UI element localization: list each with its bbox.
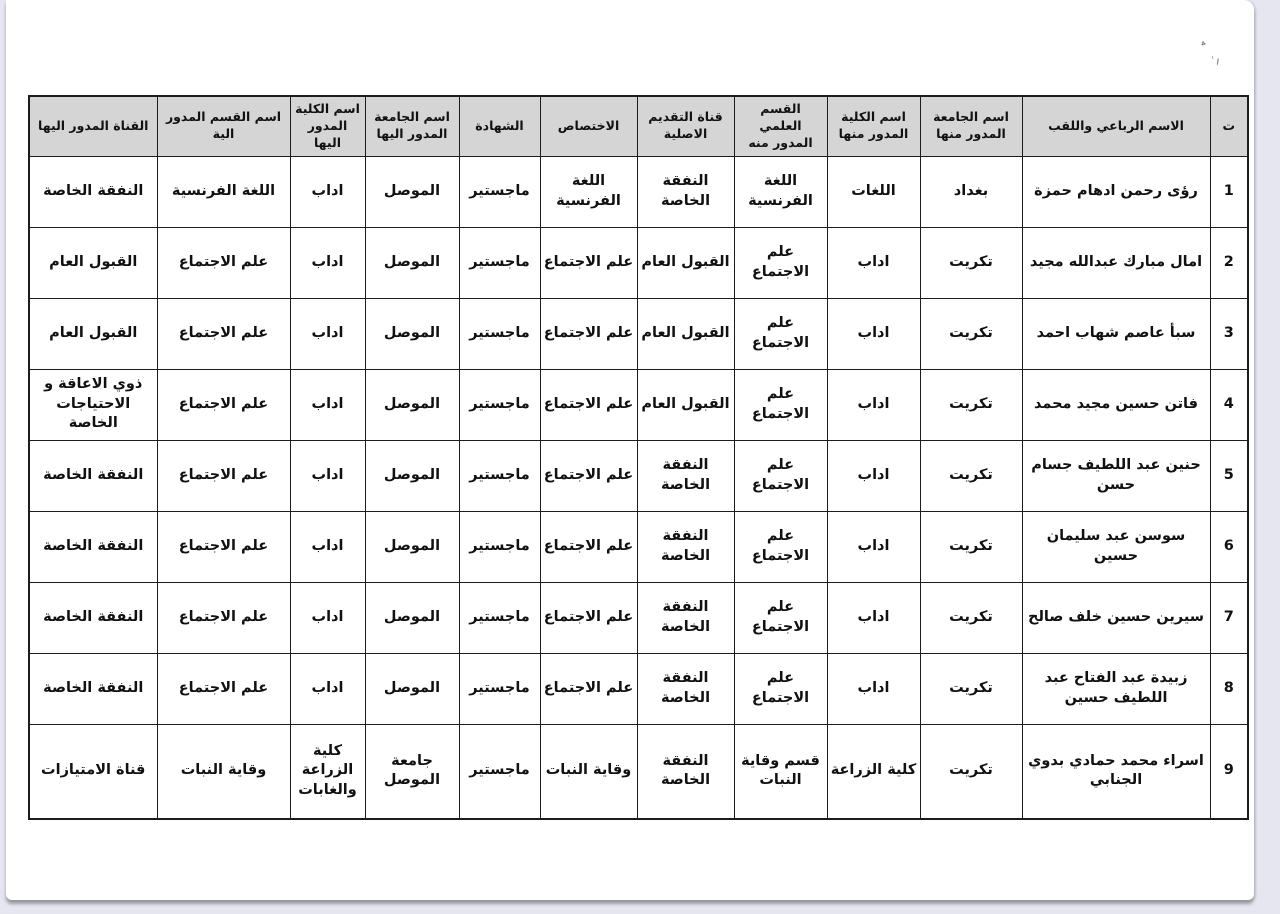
header-row: تالاسم الرباعي واللقباسم الجامعة المدور …: [29, 96, 1248, 156]
pen-mark: ؞: [1199, 39, 1209, 53]
cell-specialization: علم الاجتماع: [540, 369, 637, 440]
cell-college-from: اداب: [827, 653, 920, 724]
cell-department-to: علم الاجتماع: [157, 298, 290, 369]
cell-specialization: علم الاجتماع: [540, 440, 637, 511]
cell-channel-to: النفقة الخاصة: [29, 582, 157, 653]
cell-department-to: علم الاجتماع: [157, 582, 290, 653]
header-cell-full-name: الاسم الرباعي واللقب: [1022, 96, 1210, 156]
cell-original-channel: النفقة الخاصة: [637, 440, 734, 511]
cell-university-from: تكريت: [920, 440, 1022, 511]
cell-university-from: تكريت: [920, 653, 1022, 724]
cell-full-name: امال مبارك عبدالله مجيد: [1022, 227, 1210, 298]
cell-specialization: علم الاجتماع: [540, 511, 637, 582]
cell-original-channel: النفقة الخاصة: [637, 724, 734, 819]
cell-certificate: ماجستير: [459, 298, 540, 369]
cell-channel-to: النفقة الخاصة: [29, 440, 157, 511]
table-body: 1رؤى رحمن ادهام حمزةبغداداللغاتاللغة الف…: [29, 156, 1248, 819]
cell-college-to: اداب: [290, 511, 365, 582]
cell-full-name: سيرين حسين خلف صالح: [1022, 582, 1210, 653]
cell-full-name: رؤى رحمن ادهام حمزة: [1022, 156, 1210, 227]
cell-index: 3: [1210, 298, 1248, 369]
cell-original-channel: القبول العام: [637, 227, 734, 298]
cell-university-from: تكريت: [920, 511, 1022, 582]
cell-department-to: علم الاجتماع: [157, 440, 290, 511]
table-row: 5حنين عبد اللطيف جسام حسنتكريتادابعلم ال…: [29, 440, 1248, 511]
cell-index: 4: [1210, 369, 1248, 440]
cell-college-from: اداب: [827, 369, 920, 440]
cell-college-from: اداب: [827, 582, 920, 653]
cell-department-to: اللغة الفرنسية: [157, 156, 290, 227]
cell-certificate: ماجستير: [459, 724, 540, 819]
pen-mark: ٰ ؍: [1209, 54, 1222, 69]
cell-original-channel: النفقة الخاصة: [637, 582, 734, 653]
cell-certificate: ماجستير: [459, 582, 540, 653]
cell-channel-to: قناة الامتيازات: [29, 724, 157, 819]
cell-index: 6: [1210, 511, 1248, 582]
cell-original-channel: القبول العام: [637, 369, 734, 440]
cell-index: 9: [1210, 724, 1248, 819]
header-cell-college-to: اسم الكلية المدور اليها: [290, 96, 365, 156]
table-row: 1رؤى رحمن ادهام حمزةبغداداللغاتاللغة الف…: [29, 156, 1248, 227]
cell-university-to: الموصل: [365, 653, 459, 724]
cell-university-to: الموصل: [365, 440, 459, 511]
cell-department-from: علم الاجتماع: [734, 582, 827, 653]
scanned-document-page: ؞ ٰ ؍ تالاسم الرباعي واللقباسم الجامعة ا…: [6, 0, 1254, 900]
cell-specialization: علم الاجتماع: [540, 582, 637, 653]
transfer-table: تالاسم الرباعي واللقباسم الجامعة المدور …: [28, 95, 1249, 820]
cell-full-name: فاتن حسين مجيد محمد: [1022, 369, 1210, 440]
header-cell-university-to: اسم الجامعة المدور اليها: [365, 96, 459, 156]
cell-index: 5: [1210, 440, 1248, 511]
cell-department-to: علم الاجتماع: [157, 511, 290, 582]
cell-university-to: الموصل: [365, 511, 459, 582]
header-cell-department-to: اسم القسم المدور الية: [157, 96, 290, 156]
cell-certificate: ماجستير: [459, 227, 540, 298]
cell-certificate: ماجستير: [459, 369, 540, 440]
cell-department-to: علم الاجتماع: [157, 653, 290, 724]
cell-university-to: جامعة الموصل: [365, 724, 459, 819]
cell-university-to: الموصل: [365, 298, 459, 369]
table-header: تالاسم الرباعي واللقباسم الجامعة المدور …: [29, 96, 1248, 156]
cell-university-from: تكريت: [920, 227, 1022, 298]
cell-original-channel: النفقة الخاصة: [637, 156, 734, 227]
cell-full-name: اسراء محمد حمادي بدوي الجنابي: [1022, 724, 1210, 819]
cell-university-from: تكريت: [920, 298, 1022, 369]
cell-department-from: اللغة الفرنسية: [734, 156, 827, 227]
cell-department-to: وقاية النبات: [157, 724, 290, 819]
cell-college-from: اداب: [827, 511, 920, 582]
cell-specialization: اللغة الفرنسية: [540, 156, 637, 227]
cell-index: 1: [1210, 156, 1248, 227]
table-row: 7سيرين حسين خلف صالحتكريتادابعلم الاجتما…: [29, 582, 1248, 653]
cell-full-name: سبأ عاصم شهاب احمد: [1022, 298, 1210, 369]
cell-certificate: ماجستير: [459, 156, 540, 227]
cell-college-to: اداب: [290, 156, 365, 227]
cell-certificate: ماجستير: [459, 653, 540, 724]
cell-university-from: تكريت: [920, 369, 1022, 440]
cell-college-to: اداب: [290, 298, 365, 369]
cell-department-from: علم الاجتماع: [734, 440, 827, 511]
cell-specialization: علم الاجتماع: [540, 298, 637, 369]
cell-department-from: علم الاجتماع: [734, 298, 827, 369]
cell-channel-to: النفقة الخاصة: [29, 156, 157, 227]
cell-original-channel: النفقة الخاصة: [637, 511, 734, 582]
cell-university-from: تكريت: [920, 724, 1022, 819]
cell-department-to: علم الاجتماع: [157, 227, 290, 298]
header-cell-department-from: القسم العلمي المدور منه: [734, 96, 827, 156]
header-cell-certificate: الشهادة: [459, 96, 540, 156]
cell-department-from: قسم وقاية النبات: [734, 724, 827, 819]
cell-channel-to: النفقة الخاصة: [29, 653, 157, 724]
cell-full-name: حنين عبد اللطيف جسام حسن: [1022, 440, 1210, 511]
cell-index: 7: [1210, 582, 1248, 653]
cell-university-to: الموصل: [365, 227, 459, 298]
cell-department-from: علم الاجتماع: [734, 511, 827, 582]
cell-original-channel: القبول العام: [637, 298, 734, 369]
cell-college-from: اداب: [827, 298, 920, 369]
cell-college-from: كلية الزراعة: [827, 724, 920, 819]
cell-certificate: ماجستير: [459, 440, 540, 511]
cell-college-from: اداب: [827, 227, 920, 298]
header-cell-university-from: اسم الجامعة المدور منها: [920, 96, 1022, 156]
header-cell-index: ت: [1210, 96, 1248, 156]
cell-college-to: اداب: [290, 582, 365, 653]
cell-department-to: علم الاجتماع: [157, 369, 290, 440]
cell-index: 8: [1210, 653, 1248, 724]
cell-university-from: تكريت: [920, 582, 1022, 653]
cell-university-from: بغداد: [920, 156, 1022, 227]
cell-college-to: اداب: [290, 440, 365, 511]
cell-college-to: كلية الزراعة والغابات: [290, 724, 365, 819]
cell-university-to: الموصل: [365, 369, 459, 440]
cell-index: 2: [1210, 227, 1248, 298]
table-row: 9اسراء محمد حمادي بدوي الجنابيتكريتكلية …: [29, 724, 1248, 819]
cell-university-to: الموصل: [365, 582, 459, 653]
cell-full-name: سوسن عبد سليمان حسين: [1022, 511, 1210, 582]
cell-college-to: اداب: [290, 653, 365, 724]
cell-specialization: وقاية النبات: [540, 724, 637, 819]
header-cell-college-from: اسم الكلية المدور منها: [827, 96, 920, 156]
cell-university-to: الموصل: [365, 156, 459, 227]
cell-channel-to: النفقة الخاصة: [29, 511, 157, 582]
cell-full-name: زبيدة عبد الفتاح عبد اللطيف حسين: [1022, 653, 1210, 724]
header-cell-channel-to: القناة المدور اليها: [29, 96, 157, 156]
header-cell-specialization: الاختصاص: [540, 96, 637, 156]
table-row: 6سوسن عبد سليمان حسينتكريتادابعلم الاجتم…: [29, 511, 1248, 582]
cell-specialization: علم الاجتماع: [540, 227, 637, 298]
cell-college-from: اللغات: [827, 156, 920, 227]
cell-certificate: ماجستير: [459, 511, 540, 582]
cell-specialization: علم الاجتماع: [540, 653, 637, 724]
cell-college-to: اداب: [290, 227, 365, 298]
cell-channel-to: القبول العام: [29, 227, 157, 298]
cell-department-from: علم الاجتماع: [734, 653, 827, 724]
cell-department-from: علم الاجتماع: [734, 369, 827, 440]
cell-department-from: علم الاجتماع: [734, 227, 827, 298]
cell-channel-to: ذوي الاعاقة و الاحتياجات الخاصة: [29, 369, 157, 440]
header-cell-original-channel: قناة التقديم الاصلية: [637, 96, 734, 156]
table-row: 8زبيدة عبد الفتاح عبد اللطيف حسينتكريتاد…: [29, 653, 1248, 724]
table-row: 3سبأ عاصم شهاب احمدتكريتادابعلم الاجتماع…: [29, 298, 1248, 369]
table-row: 2امال مبارك عبدالله مجيدتكريتادابعلم الا…: [29, 227, 1248, 298]
cell-channel-to: القبول العام: [29, 298, 157, 369]
cell-college-to: اداب: [290, 369, 365, 440]
cell-college-from: اداب: [827, 440, 920, 511]
table-row: 4فاتن حسين مجيد محمدتكريتادابعلم الاجتما…: [29, 369, 1248, 440]
cell-original-channel: النفقة الخاصة: [637, 653, 734, 724]
